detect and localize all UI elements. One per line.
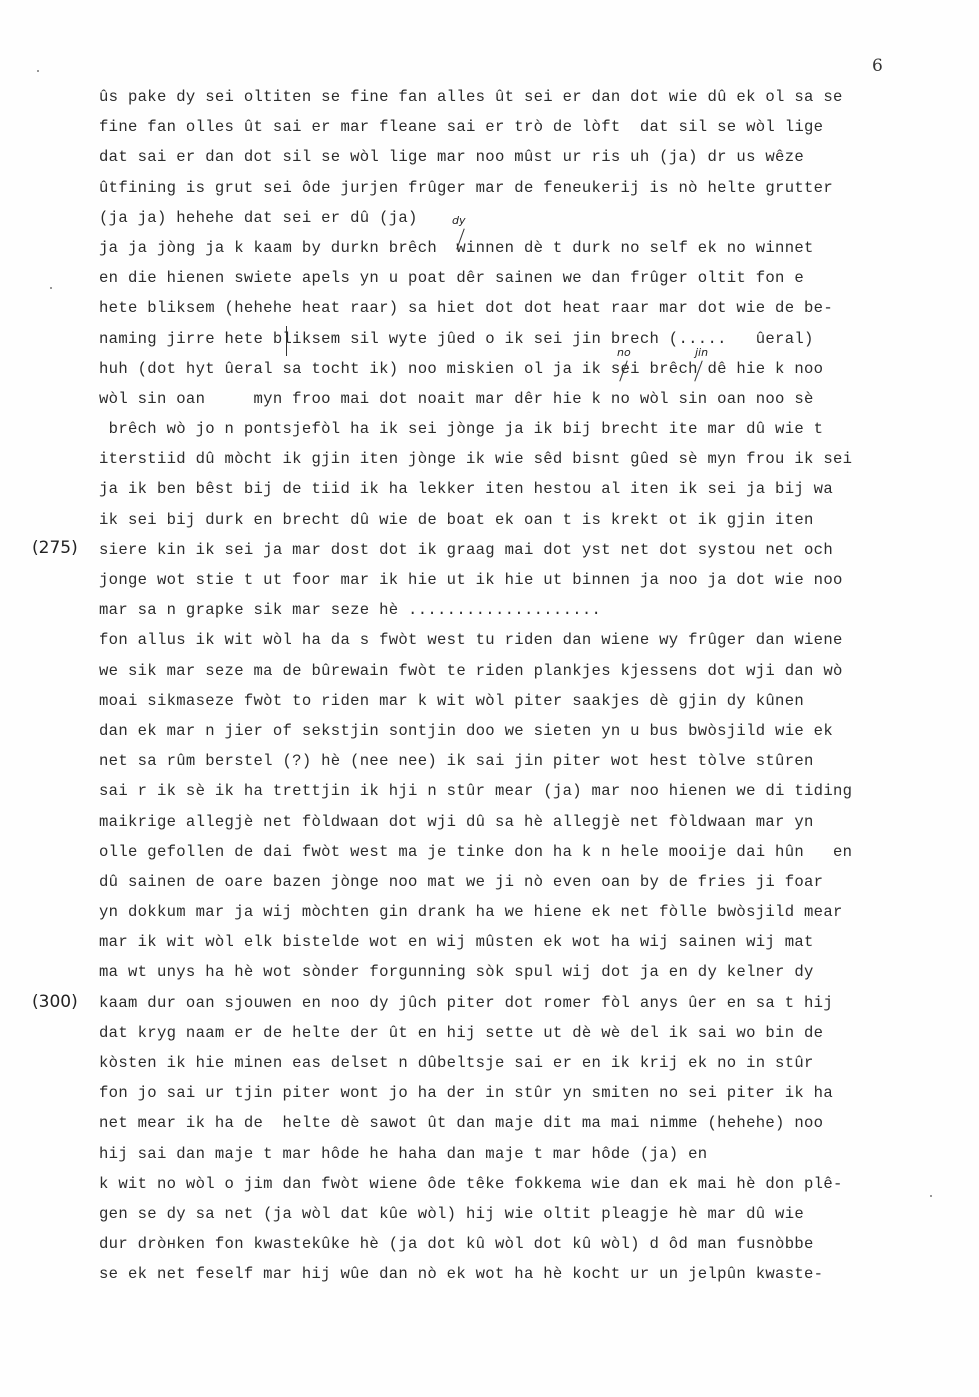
transcript-line: mar ik wit wòl elk bistelde wot en wij m…: [99, 931, 949, 961]
transcript-line: hete bliksem (hehehe heat raar) sa hiet …: [99, 297, 949, 327]
scan-speck: [37, 70, 39, 72]
transcript-line: naming jirre hete bliksem sil wyte jûed …: [99, 328, 949, 358]
transcript-line: hij sai dan maje t mar hôde he haha dan …: [99, 1143, 949, 1173]
transcript-line: ja ik ben bêst bij de tiid ik ha lekker …: [99, 478, 949, 508]
transcript-line: ma wt unys ha hè wot sònder forgunning s…: [99, 961, 949, 991]
transcript-line: net mear ik ha de helte dè sawot ût dan …: [99, 1112, 949, 1142]
transcript-line: kòsten ik hie minen eas delset n dûbelts…: [99, 1052, 949, 1082]
transcript-line: jonge wot stie t ut foor mar ik hie ut i…: [99, 569, 949, 599]
transcript-line: kaam dur oan sjouwen en noo dy jûch pite…: [99, 992, 949, 1022]
page-number: 6: [872, 56, 883, 76]
transcript-line: olle gefollen de dai fwòt west ma je tin…: [99, 841, 949, 871]
transcript-line: gen se dy sa net (ja wòl dat kûe wòl) hi…: [99, 1203, 949, 1233]
transcript-line: siere kin ik sei ja mar dost dot ik graa…: [99, 539, 949, 569]
transcript-line: en die hienen swiete apels yn u poat dêr…: [99, 267, 949, 297]
transcript-line: fon allus ik wit wòl ha da s fwòt west t…: [99, 629, 949, 659]
transcript-line: maikrige allegjè net fòldwaan dot wji dû…: [99, 811, 949, 841]
transcript-line: fine fan olles ût sai er mar fleane sai …: [99, 116, 949, 146]
transcript-line: dû sainen de oare bazen jònge noo mat we…: [99, 871, 949, 901]
margin-line-number-300: (300): [32, 992, 78, 1012]
transcript-line: moai sikmaseze fwòt to riden mar k wit w…: [99, 690, 949, 720]
scan-speck: [50, 287, 52, 289]
transcript-line: sai r ik sè ik ha trettjin ik hji n stûr…: [99, 780, 949, 810]
transcript-line: dat kryg naam er de helte der ût en hij …: [99, 1022, 949, 1052]
transcript-line: wòl sin oan myn froo mai dot noait mar d…: [99, 388, 949, 418]
transcript-line: net sa rûm berstel (?) hè (nee nee) ik s…: [99, 750, 949, 780]
transcript-line: huh (dot hyt ûeral sa tocht ik) noo misk…: [99, 358, 949, 388]
transcript-line: dat sai er dan dot sil se wòl lige mar n…: [99, 146, 949, 176]
transcript-body: ûs pake dy sei oltiten se fine fan alles…: [99, 86, 949, 1294]
margin-line-number-275: (275): [32, 538, 78, 558]
transcript-line: yn dokkum mar ja wij mòchten gin drank h…: [99, 901, 949, 931]
transcript-line: fon jo sai ur tjin piter wont jo ha der …: [99, 1082, 949, 1112]
transcript-line: iterstiid dû mòcht ik gjin iten jònge ik…: [99, 448, 949, 478]
transcript-line: se ek net feself mar hij wûe dan nò ek w…: [99, 1263, 949, 1293]
transcript-line: dan ek mar n jier of sekstjin sontjin do…: [99, 720, 949, 750]
transcript-line: ja ja jòng ja k kaam by durkn brêch winn…: [99, 237, 949, 267]
transcript-line: mar sa n grapke sik mar seze hè ........…: [99, 599, 949, 629]
transcript-line: we sik mar seze ma de bûrewain fwòt te r…: [99, 660, 949, 690]
typed-transcript-page: 6 (275) (300) dy no jin ûs pake dy sei o…: [0, 0, 979, 1397]
transcript-line: (ja ja) hehehe dat sei er dû (ja): [99, 207, 949, 237]
transcript-line: k wit no wòl o jim dan fwòt wiene ôde tê…: [99, 1173, 949, 1203]
transcript-line: dur dròнken fon kwastekûke hè (ja dot kû…: [99, 1233, 949, 1263]
transcript-line: brêch wò jo n pontsjefòl ha ik sei jònge…: [99, 418, 949, 448]
transcript-line: ik sei bij durk en brecht dû wie de boat…: [99, 509, 949, 539]
transcript-line: ûtfining is grut sei ôde jurjen frûger m…: [99, 177, 949, 207]
transcript-line: ûs pake dy sei oltiten se fine fan alles…: [99, 86, 949, 116]
